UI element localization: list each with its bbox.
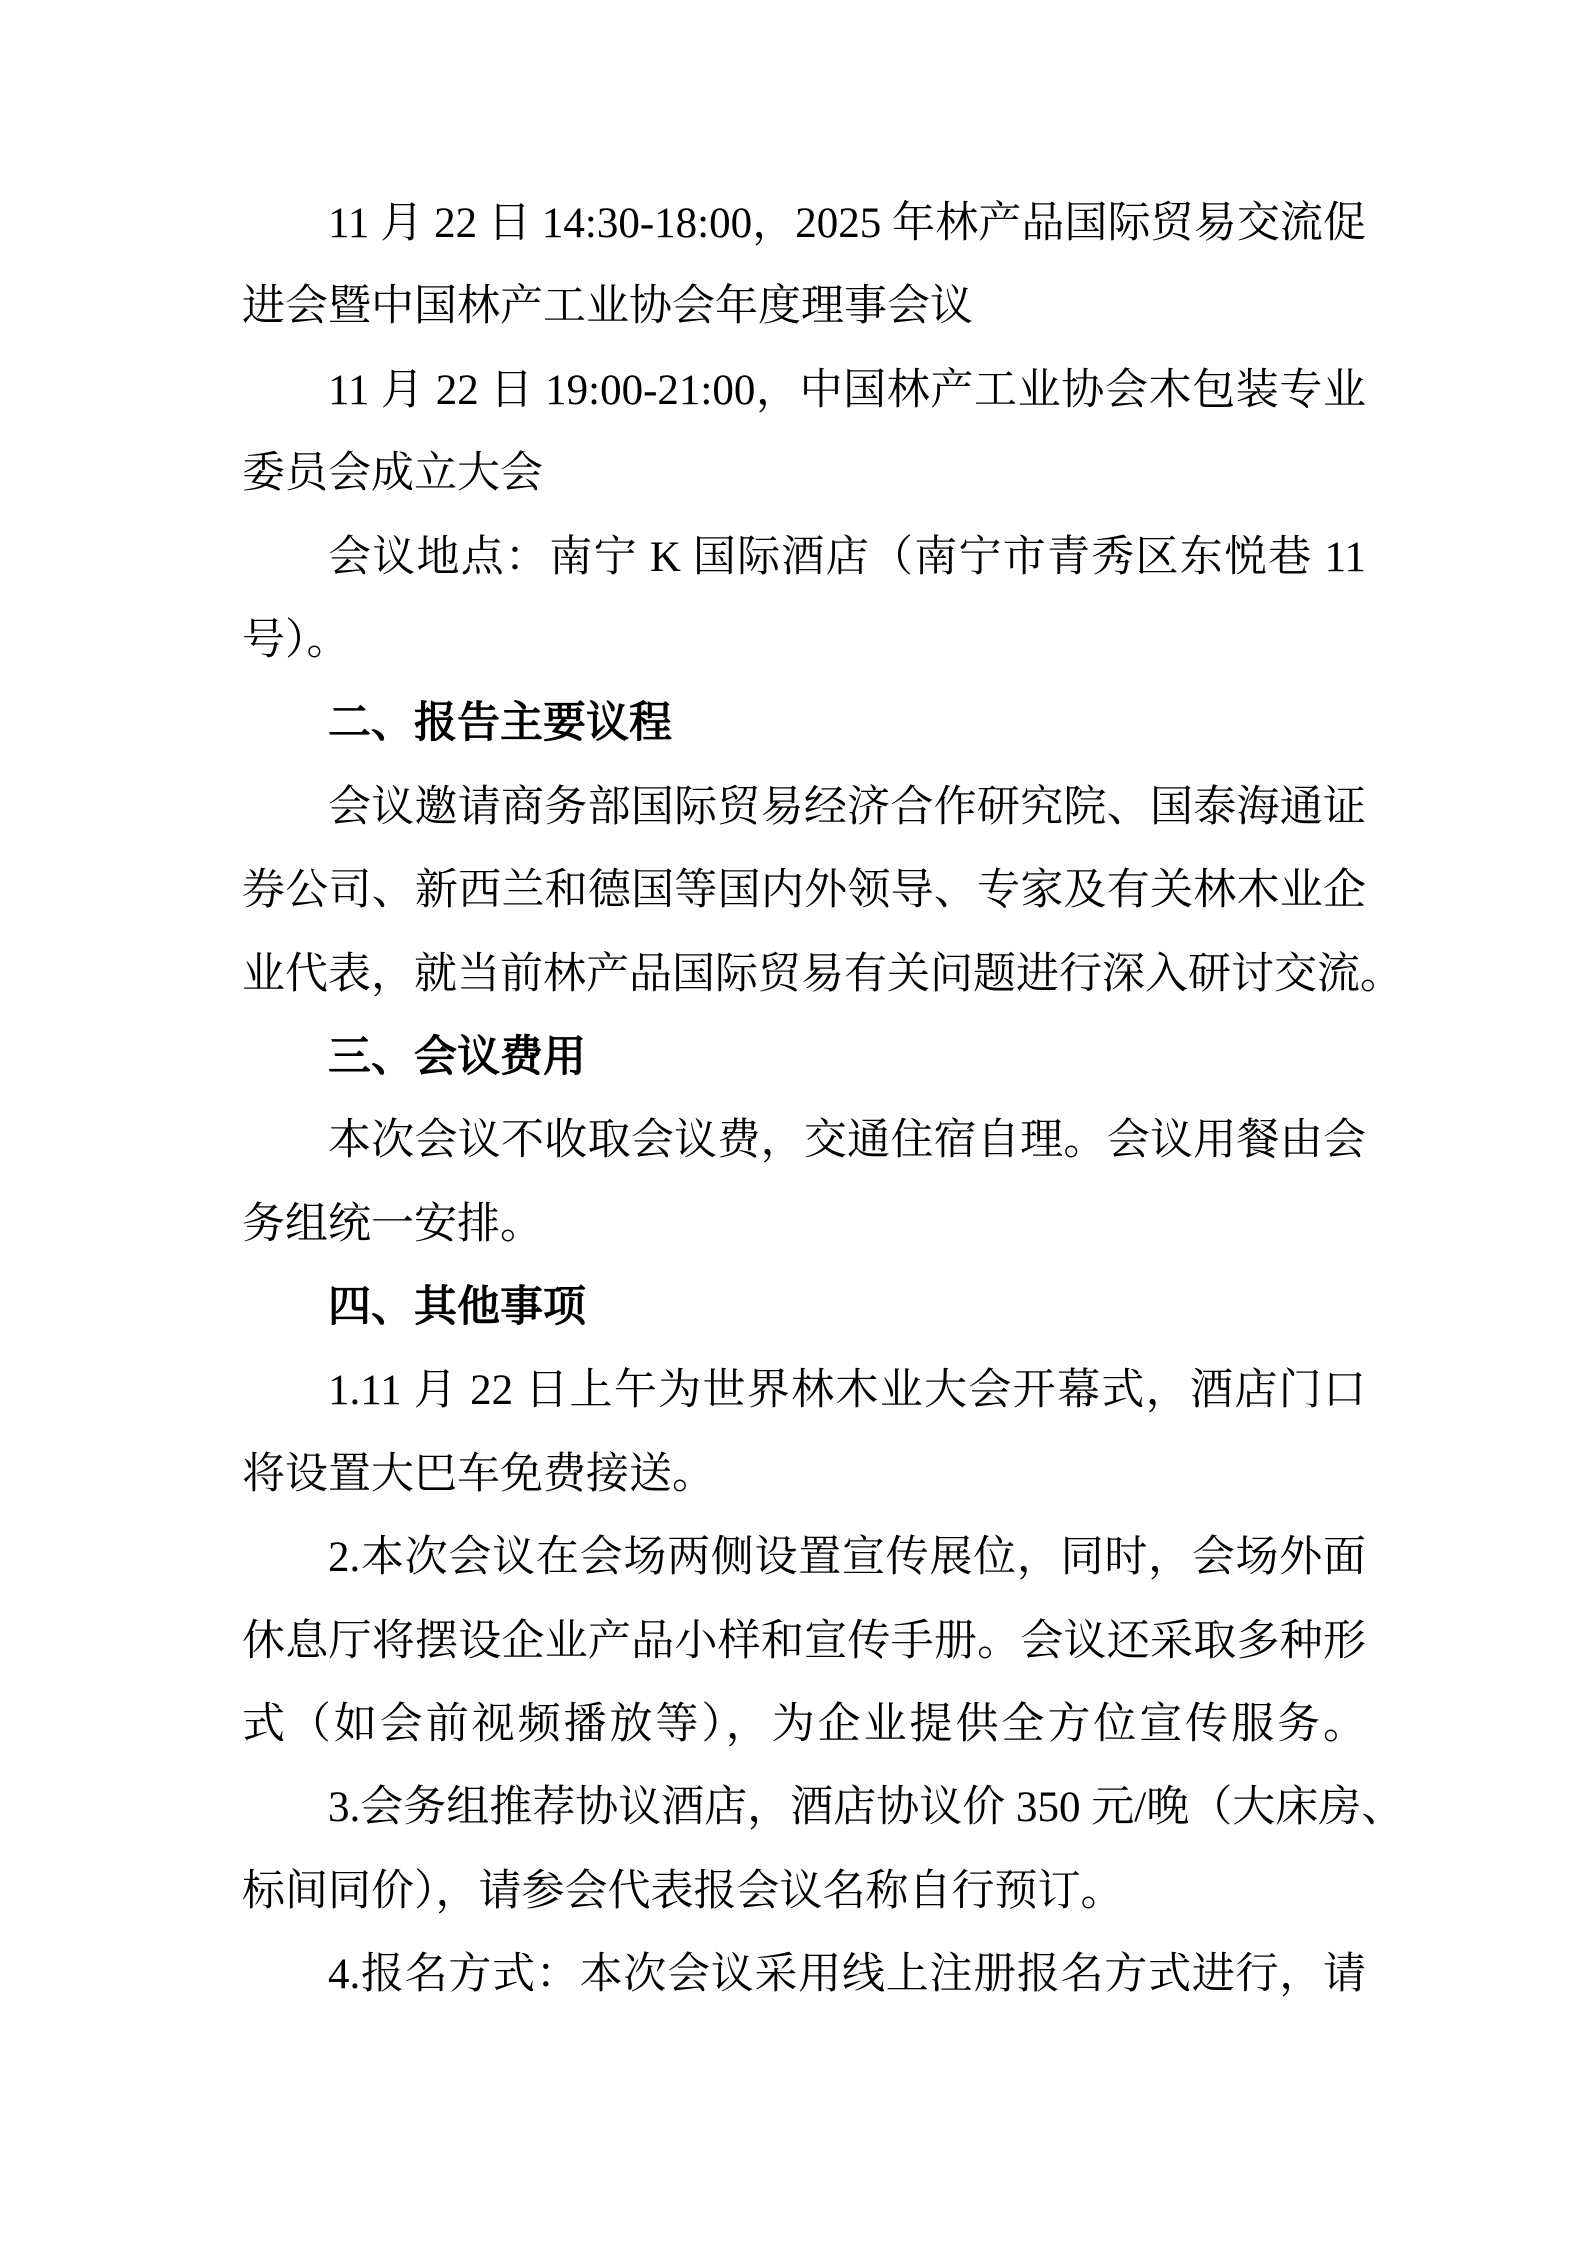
heading-section-3-fees: 三、会议费用 xyxy=(242,1016,1366,1099)
line-other-item-2-cont-2: 式（如会前视频播放等），为企业提供全方位宣传服务。 xyxy=(242,1683,1366,1766)
line-other-item-3-cont: 标间同价），请参会代表报会议名称自行预订。 xyxy=(242,1850,1366,1933)
line-schedule-session-2: 11 月 22 日 19:00-21:00，中国林产工业协会木包装专业 xyxy=(242,349,1366,432)
document-text-block: 11 月 22 日 14:30-18:00，2025 年林产品国际贸易交流促 进… xyxy=(242,182,1366,2017)
line-other-item-2-cont-1: 休息厅将摆设企业产品小样和宣传手册。会议还采取多种形 xyxy=(242,1600,1366,1683)
heading-section-2-agenda: 二、报告主要议程 xyxy=(242,682,1366,765)
line-schedule-session-1-cont: 进会暨中国林产工业协会年度理事会议 xyxy=(242,265,1366,348)
line-meeting-location-cont: 号）。 xyxy=(242,599,1366,682)
line-other-item-1-cont: 将设置大巴车免费接送。 xyxy=(242,1433,1366,1516)
line-fees-2: 务组统一安排。 xyxy=(242,1183,1366,1266)
line-other-item-2: 2.本次会议在会场两侧设置宣传展位，同时，会场外面 xyxy=(242,1516,1366,1599)
heading-section-4-other: 四、其他事项 xyxy=(242,1266,1366,1349)
line-other-item-1: 1.11 月 22 日上午为世界林木业大会开幕式，酒店门口 xyxy=(242,1349,1366,1432)
line-schedule-session-2-cont: 委员会成立大会 xyxy=(242,432,1366,515)
document-page: 11 月 22 日 14:30-18:00，2025 年林产品国际贸易交流促 进… xyxy=(0,0,1587,2245)
line-agenda-2: 券公司、新西兰和德国等国内外领导、专家及有关林木业企 xyxy=(242,849,1366,932)
line-other-item-4: 4.报名方式：本次会议采用线上注册报名方式进行，请 xyxy=(242,1933,1366,2016)
line-other-item-3: 3.会务组推荐协议酒店，酒店协议价 350 元/晚（大床房、 xyxy=(242,1766,1366,1849)
line-fees-1: 本次会议不收取会议费，交通住宿自理。会议用餐由会 xyxy=(242,1099,1366,1182)
line-schedule-session-1: 11 月 22 日 14:30-18:00，2025 年林产品国际贸易交流促 xyxy=(242,182,1366,265)
line-agenda-3: 业代表，就当前林产品国际贸易有关问题进行深入研讨交流。 xyxy=(242,933,1366,1016)
line-meeting-location: 会议地点：南宁 K 国际酒店（南宁市青秀区东悦巷 11 xyxy=(242,516,1366,599)
line-agenda-1: 会议邀请商务部国际贸易经济合作研究院、国泰海通证 xyxy=(242,766,1366,849)
